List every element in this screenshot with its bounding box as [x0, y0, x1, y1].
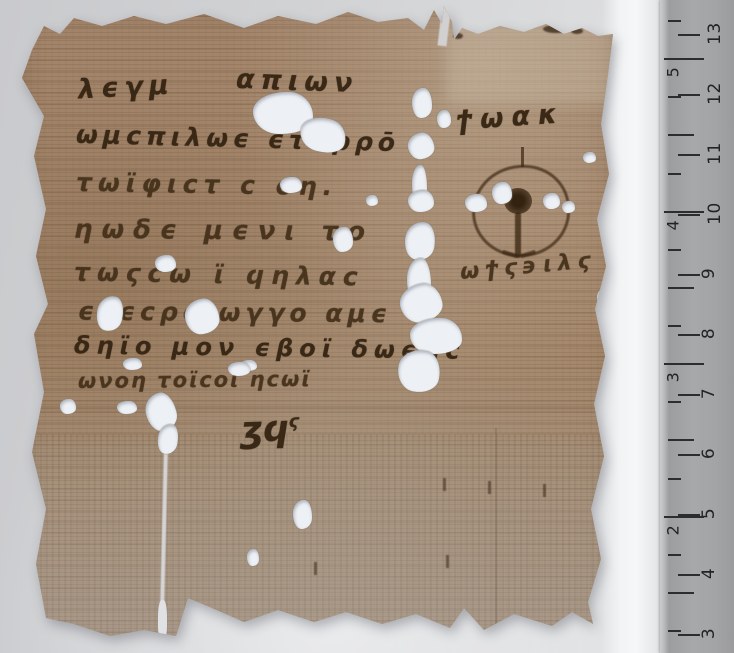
ruler-cm-tick [678, 274, 700, 276]
ruler-quarter-tick [668, 249, 681, 251]
ruler-cm-tick [678, 214, 700, 216]
ruler-inch-label: 3 [665, 372, 681, 383]
vertical-seam [495, 428, 497, 646]
fiber-mark [314, 562, 317, 575]
monogram-main: ʒϥ [239, 408, 289, 451]
papyrus-text-line: ϵϲϵϲρο ωγγο αμϵ [78, 299, 392, 327]
ruler-cm-tick [678, 634, 700, 636]
hole [543, 193, 560, 209]
ruler-inch-label: 5 [665, 67, 681, 78]
ruler-cm-label: 9 [701, 268, 718, 279]
hole [403, 220, 438, 262]
ruler-quarter-tick [668, 20, 681, 22]
monogram-superscript: ϛ [288, 411, 299, 432]
hole [155, 255, 176, 272]
papyrus-sheet: λϵγμ απιων ωμϲπιλωϵ ϵταρρō τωϊφιϲτ ϲ οη.… [16, 4, 616, 650]
ruler-cm-tick [678, 94, 700, 96]
hole [410, 318, 462, 354]
lighter-top-right-patch [446, 18, 618, 104]
hole [492, 182, 512, 204]
ruler-half-tick [668, 134, 694, 136]
hole [562, 201, 575, 213]
measurement-ruler: 1312111098765435432 [660, 0, 734, 653]
ruler-inch-tick [664, 58, 704, 60]
hole [366, 195, 378, 206]
papyrus-text-line: ωνοη τοϊϲοι ηϲωϊ [78, 369, 312, 392]
ruler-quarter-tick [668, 325, 681, 327]
ruler-cm-label: 12 [707, 82, 724, 105]
hole [123, 358, 142, 370]
papyrus-text-line: ηωδϵ μϵνι το [74, 217, 374, 246]
hole [583, 152, 596, 163]
ruler-inch-tick [664, 211, 704, 213]
circle-drawing-top-tick [521, 147, 524, 167]
ruler-cm-label: 10 [707, 202, 724, 225]
ruler-half-tick [668, 439, 694, 441]
ruler-cm-label: 4 [701, 568, 718, 579]
ruler-cm-label: 7 [701, 388, 718, 399]
ruler-cm-tick [678, 34, 700, 36]
ruler-cm-label: 8 [701, 328, 718, 339]
fiber-mark [543, 484, 546, 497]
ruler-quarter-tick [668, 554, 681, 556]
fiber-mark [446, 555, 449, 568]
scribe-monogram: ʒϥϛ [239, 411, 300, 449]
fiber-mark [443, 478, 446, 491]
hole [60, 399, 76, 414]
horizontal-joint-line [22, 406, 600, 409]
ruler-quarter-tick [668, 630, 681, 632]
ruler-cm-tick [678, 574, 700, 576]
ruler-cm-label: 3 [701, 628, 718, 639]
photo-stage: 1312111098765435432 λϵγμ απιων ωμϲπιλ [0, 0, 734, 653]
ruler-quarter-tick [668, 96, 681, 98]
hole [406, 131, 436, 161]
ruler-quarter-tick [668, 478, 681, 480]
hole [293, 500, 312, 529]
ink-speck [543, 25, 569, 33]
right-column-word: ϯωακ [455, 100, 566, 135]
ruler-cm-tick [678, 154, 700, 156]
papyrus-text-line: τωϛϲω ϊ ϥηλαϲ [74, 259, 365, 289]
ruler-cm-label: 13 [707, 22, 724, 45]
papyrus-text-line: απιων [236, 66, 359, 97]
hole [465, 194, 487, 212]
ruler-half-tick [668, 287, 694, 289]
hole [228, 362, 250, 376]
ruler-inch-tick [664, 516, 704, 518]
hole [280, 177, 302, 193]
ruler-cm-tick [678, 334, 700, 336]
hole [597, 288, 611, 308]
ruler-inch-label: 4 [665, 219, 681, 230]
ruler-cm-label: 11 [707, 142, 724, 165]
ruler-cm-label: 6 [701, 448, 718, 459]
ruler-half-tick [668, 592, 694, 594]
papyrus-text-line: ωμϲπιλωϵ ϵταρρō [76, 122, 401, 155]
hole [408, 190, 434, 212]
top-tear-gap [437, 4, 451, 47]
papyrus-text-line: λϵγμ [77, 71, 175, 103]
ruler-inch-label: 2 [665, 524, 681, 535]
ruler-cm-tick [678, 394, 700, 396]
hole [117, 401, 137, 414]
hole [437, 110, 451, 128]
bottom-left-crack-end [158, 600, 167, 642]
ruler-quarter-tick [668, 173, 681, 175]
ink-speck [571, 28, 583, 34]
hole [412, 88, 432, 118]
ruler-quarter-tick [668, 401, 681, 403]
hole [247, 549, 259, 566]
ink-speck [453, 33, 463, 39]
papyrus-fragment: λϵγμ απιων ωμϲπιλωϵ ϵταρρō τωϊφιϲτ ϲ οη.… [16, 4, 616, 650]
bottom-shade [16, 442, 616, 650]
circle-drawing-stem [515, 212, 521, 258]
ruler-inch-tick [664, 363, 704, 365]
vertical-fiber-band [16, 434, 616, 650]
ruler-cm-tick [678, 454, 700, 456]
hole [333, 227, 353, 252]
fiber-mark [488, 481, 491, 494]
